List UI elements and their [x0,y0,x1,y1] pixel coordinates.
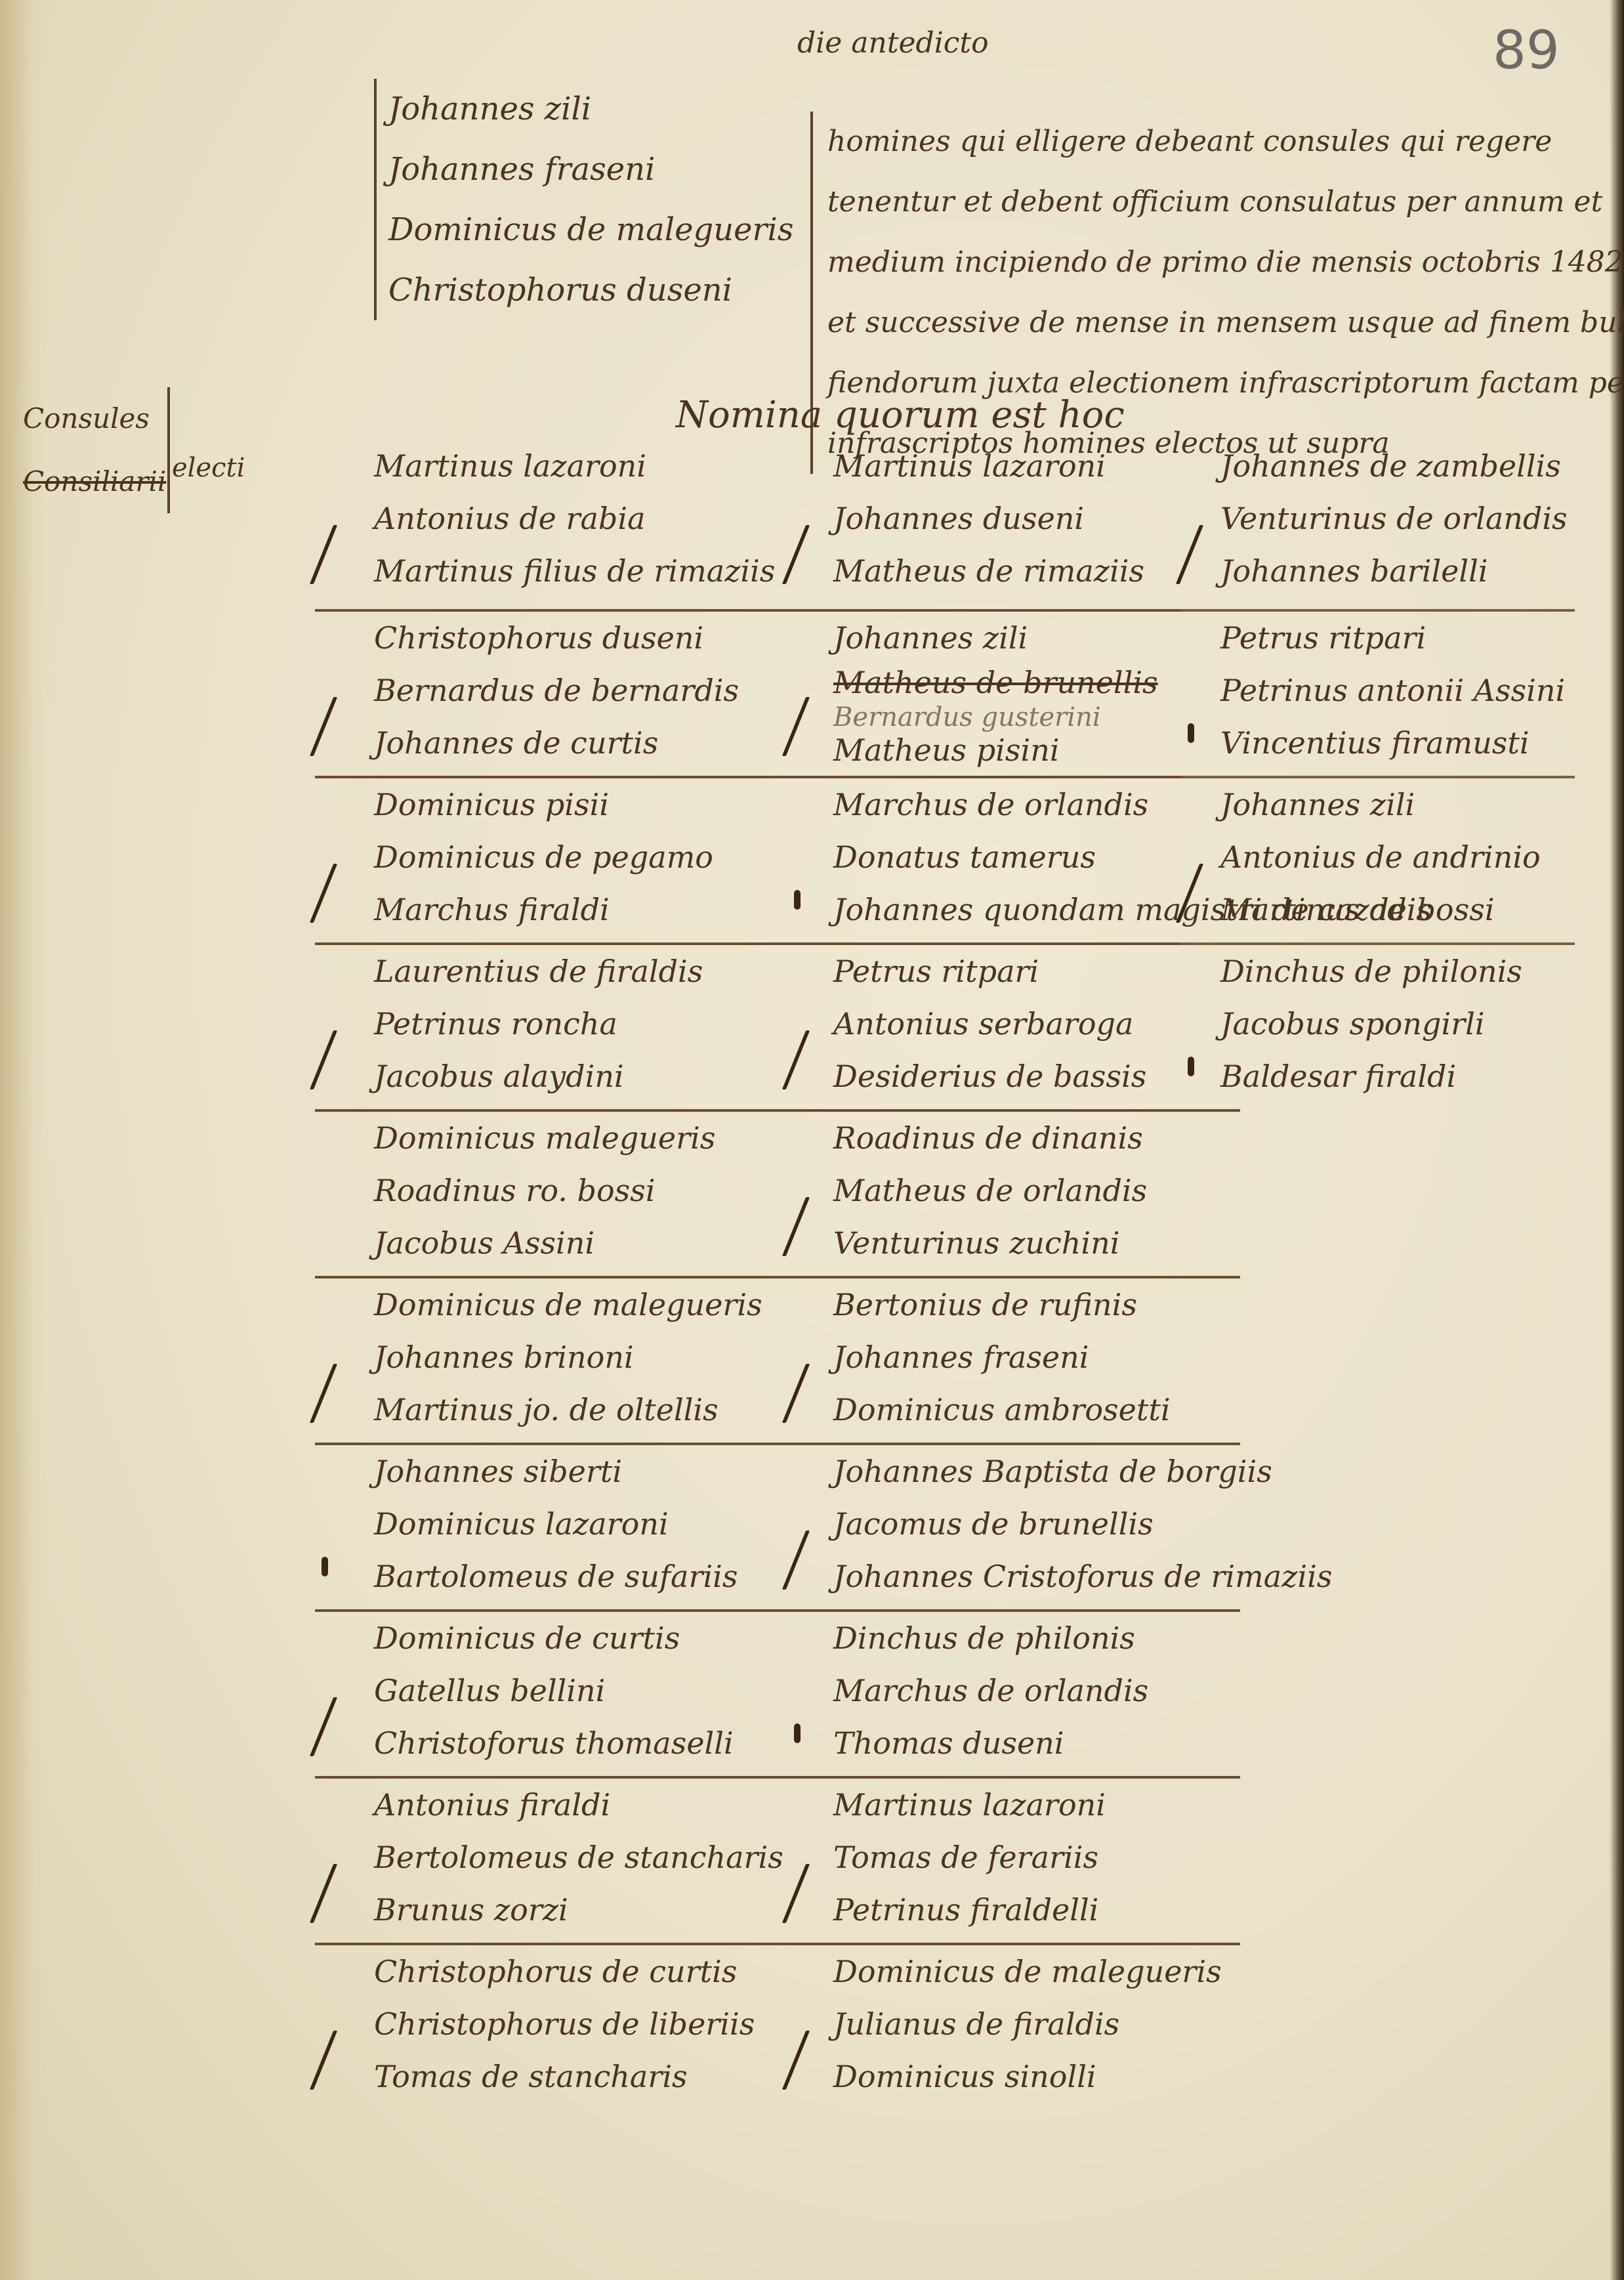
name: Antonius de andrinio [1220,831,1575,883]
name: Johannes Baptista de borgiis [833,1445,1240,1498]
name-group: Christophorus de curtis Christophorus de… [315,1945,787,2112]
electors-list: Johannes zili Johannes fraseni Dominicus… [374,79,808,320]
name: Marchus firaldi [374,883,787,936]
name-group: Johannes zili Matheus de brunellis Berna… [787,612,1240,778]
name: Laurentius de firaldis [374,945,787,998]
margin-label-consules: Consules [23,387,161,450]
name: Petrinus roncha [374,998,787,1050]
name-group: Dominicus malegueris Roadinus ro. bossi … [315,1112,787,1278]
name: Martinus de bossi [1220,883,1575,936]
name-group: Christophorus duseni Bernardus de bernar… [315,612,787,778]
name: Desiderius de bassis [833,1050,1240,1103]
tally-mark-icon [310,525,337,584]
elector-name: Christophorus duseni [388,260,808,320]
name: Matheus de orlandis [833,1164,1240,1217]
names-column-2: Martinus lazaroni Johannes duseni Matheu… [787,440,1240,2112]
name: Tomas de stancharis [374,2050,787,2103]
name: Jacobus spongirli [1220,998,1575,1050]
names-title: Nomina quorum est hoc [676,394,1125,436]
name: Dominicus de pegamo [374,831,787,883]
margin-note: Consules Consiliarii [23,387,170,513]
name: Jacobus alaydini [374,1050,787,1103]
name: Julianus de firaldis [833,1998,1240,2050]
name: Christophorus de curtis [374,1945,787,1998]
name: Martinus jo. de oltellis [374,1383,787,1436]
name: Dominicus lazaroni [374,1498,787,1550]
name: Venturinus de orlandis [1220,492,1575,545]
manuscript-page: die antedicto 89 Johannes zili Johannes … [0,0,1624,2280]
name: Antonius de rabia [374,492,787,545]
name: Johannes siberti [374,1445,787,1498]
elector-name: Dominicus de malegueris [388,200,808,260]
name: Johannes barilelli [1220,545,1575,597]
dot-mark-icon [322,1557,328,1576]
name: Bernardus de bernardis [374,664,787,717]
name: Johannes duseni [833,492,1240,545]
name-group: Johannes siberti Dominicus lazaroni Bart… [315,1445,787,1612]
name: Roadinus ro. bossi [374,1164,787,1217]
dot-mark-icon [1188,1057,1194,1076]
name: Martinus filius de rimaziis [374,545,787,597]
name-group: Martinus lazaroni Antonius de rabia Mart… [315,440,787,612]
name: Petrinus antonii Assini [1220,664,1575,717]
name: Martinus lazaroni [833,440,1240,492]
name: Johannes brinoni [374,1331,787,1383]
name-group: Antonius firaldi Bertolomeus de stanchar… [315,1779,787,1945]
name: Johannes de curtis [374,717,787,769]
name: Christophorus duseni [374,612,787,664]
name-group: Johannes zili Antonius de andrinio Marti… [1181,778,1575,945]
name: Johannes fraseni [833,1331,1240,1383]
tally-mark-icon [310,1864,337,1923]
names-column-1: Martinus lazaroni Antonius de rabia Mart… [315,440,787,2112]
name: Vincentius firamusti [1220,717,1575,769]
tally-mark-icon [310,864,337,923]
name: Christophorus de liberiis [374,1998,787,2050]
name: Brunus zorzi [374,1884,787,1936]
page-heading: die antedicto [797,26,989,60]
tally-mark-icon [310,697,337,756]
name: Dinchus de philonis [833,1612,1240,1664]
name-group: Johannes Baptista de borgiis Jacomus de … [787,1445,1240,1612]
preamble-line: et successive de mense in mensem usque a… [827,293,1602,353]
name: Dominicus de malegueris [374,1278,787,1331]
name: Martinus lazaroni [833,1779,1240,1831]
name-group: Dominicus de malegueris Johannes brinoni… [315,1278,787,1445]
margin-label-electi: electi [172,453,245,483]
name: Jacobus Assini [374,1217,787,1269]
margin-label-struck: Consiliarii [23,450,161,513]
name: Antonius firaldi [374,1779,787,1831]
name: Dominicus malegueris [374,1112,787,1164]
tally-mark-icon [310,2031,337,2090]
name: Matheus pisini [833,734,1240,767]
name: Bertolomeus de stancharis [374,1831,787,1884]
name-group: Dominicus de malegueris Julianus de fira… [787,1945,1240,2112]
name: Johannes zili [833,612,1240,664]
name: Martinus lazaroni [374,440,787,492]
name: Marchus de orlandis [833,778,1240,831]
name-group: Martinus lazaroni Tomas de ferariis Petr… [787,1779,1240,1945]
name: Donatus tamerus [833,831,1240,883]
name-group: Dinchus de philonis Jacobus spongirli Ba… [1181,945,1575,1112]
page-edge [1610,0,1624,2280]
name: Johannes zili [1220,778,1575,831]
name: Matheus de rimaziis [833,545,1240,597]
struck-name: Matheus de brunellis [833,664,1240,701]
name-group: Dinchus de philonis Marchus de orlandis … [787,1612,1240,1779]
folio-number: 89 [1493,20,1560,81]
name: Gatellus bellini [374,1664,787,1717]
name: Jacomus de brunellis [833,1498,1240,1550]
tally-mark-icon [310,1697,337,1756]
name: Petrinus firaldelli [833,1884,1240,1936]
names-column-3: Johannes de zambellis Venturinus de orla… [1181,440,1575,1112]
name: Dominicus sinolli [833,2050,1240,2103]
name: Baldesar firaldi [1220,1050,1575,1103]
name-group: Roadinus de dinanis Matheus de orlandis … [787,1112,1240,1278]
name-group: Laurentius de firaldis Petrinus roncha J… [315,945,787,1112]
name: Roadinus de dinanis [833,1112,1240,1164]
name: Johannes quondam magistri de cazadis [833,883,1240,936]
name: Christoforus thomaselli [374,1717,787,1769]
name: Dominicus de malegueris [833,1945,1240,1998]
name: Thomas duseni [833,1717,1240,1769]
dot-mark-icon [794,1723,801,1743]
name: Marchus de orlandis [833,1664,1240,1717]
name-group: Dominicus pisii Dominicus de pegamo Marc… [315,778,787,945]
name: Dominicus de curtis [374,1612,787,1664]
preamble-line: medium incipiendo de primo die mensis oc… [827,232,1602,293]
name: Antonius serbaroga [833,998,1240,1050]
name-group: Johannes de zambellis Venturinus de orla… [1181,440,1575,612]
name: Petrus ritpari [1220,612,1575,664]
dot-mark-icon [794,890,801,910]
preamble-line: tenentur et debent officium consulatus p… [827,172,1602,232]
name-group: Petrus ritpari Antonius serbaroga Deside… [787,945,1240,1112]
elector-name: Johannes fraseni [388,139,808,200]
name: Bertonius de rufinis [833,1278,1240,1331]
name-group: Bertonius de rufinis Johannes fraseni Do… [787,1278,1240,1445]
name: Dinchus de philonis [1220,945,1575,998]
binding-shadow [0,0,46,2280]
name: Bartolomeus de sufariis [374,1550,787,1603]
elector-name: Johannes zili [388,79,808,139]
name: Johannes de zambellis [1220,440,1575,492]
name-group: Martinus lazaroni Johannes duseni Matheu… [787,440,1240,612]
name-group: Petrus ritpari Petrinus antonii Assini V… [1181,612,1575,778]
name-group: Dominicus de curtis Gatellus bellini Chr… [315,1612,787,1779]
tally-mark-icon [310,1364,337,1423]
preamble-line: homines qui elligere debeant consules qu… [827,112,1602,172]
inserted-name: Bernardus gusterini [833,701,1240,734]
name: Johannes Cristoforus de rimaziis [833,1550,1240,1603]
name: Venturinus zuchini [833,1217,1240,1269]
name: Petrus ritpari [833,945,1240,998]
name: Dominicus pisii [374,778,787,831]
dot-mark-icon [1188,723,1194,743]
name: Tomas de ferariis [833,1831,1240,1884]
tally-mark-icon [310,1030,337,1089]
name-group: Marchus de orlandis Donatus tamerus Joha… [787,778,1240,945]
name: Dominicus ambrosetti [833,1383,1240,1436]
